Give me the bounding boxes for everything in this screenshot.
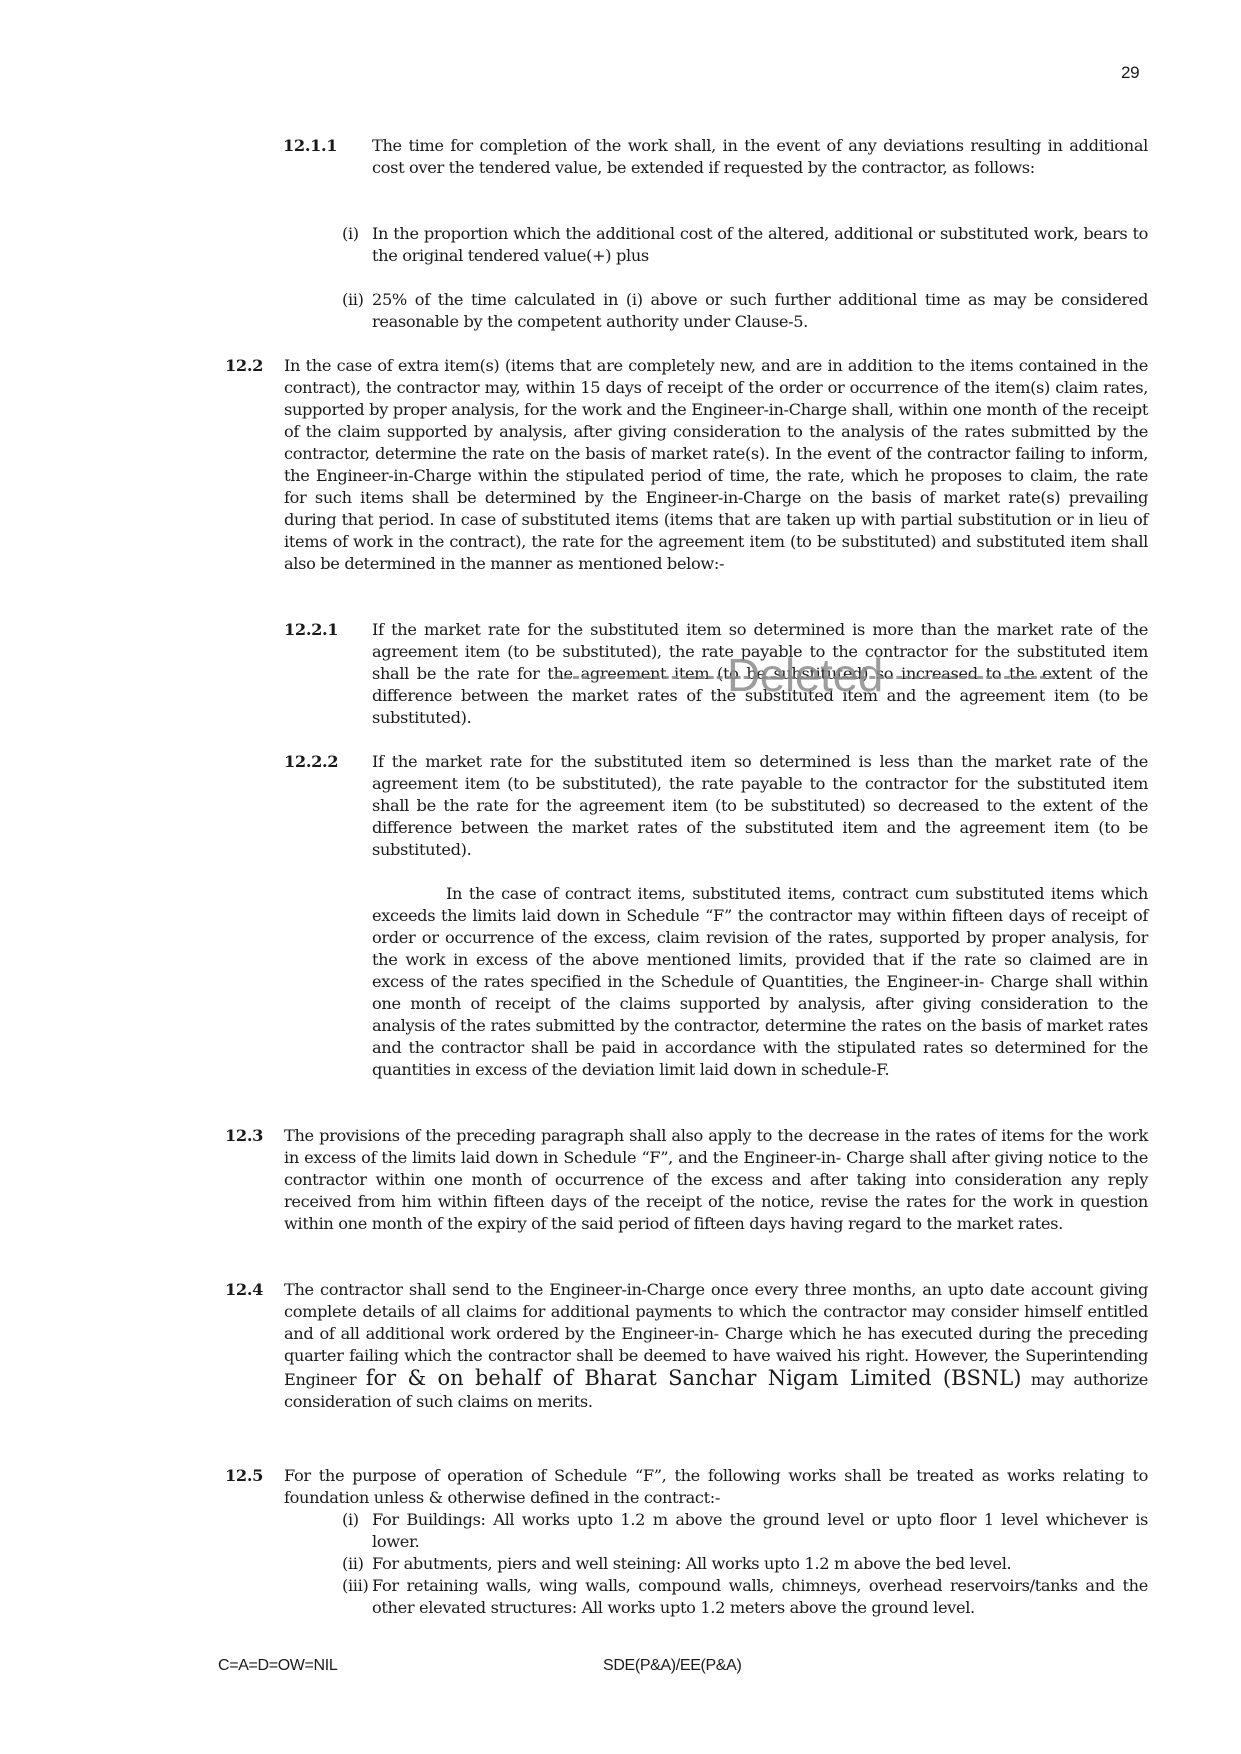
item-label: (iii) — [342, 1575, 368, 1597]
clause-text: The contractor shall send to the Enginee… — [284, 1279, 1148, 1413]
item-text: In the proportion which the additional c… — [372, 223, 1148, 267]
item-text: For retaining walls, wing walls, compoun… — [372, 1575, 1148, 1619]
item-text: For abutments, piers and well steining: … — [372, 1553, 1148, 1575]
watermark-strike-line — [555, 676, 1055, 683]
clause-text: The time for completion of the work shal… — [372, 135, 1148, 179]
clause-text: In the case of extra item(s) (items that… — [284, 355, 1148, 575]
clause-number: 12.2.2 — [284, 751, 338, 773]
item-label: (i) — [342, 1509, 359, 1531]
clause-number: 12.4 — [225, 1279, 263, 1301]
clause-text: The provisions of the preceding paragrap… — [284, 1125, 1148, 1235]
clause-number: 12.2.1 — [284, 619, 338, 641]
footer-center: SDE(P&A)/EE(P&A) — [603, 1655, 741, 1677]
bsnl-emphasis: for & on behalf of Bharat Sanchar Nigam … — [366, 1366, 1022, 1390]
item-label: (i) — [342, 223, 359, 245]
document-page: 29 12.1.1 The time for completion of the… — [0, 0, 1241, 1754]
item-text: 25% of the time calculated in (i) above … — [372, 289, 1148, 333]
clause-text: If the market rate for the substituted i… — [372, 619, 1148, 729]
clause-number: 12.5 — [225, 1465, 263, 1487]
item-text: For Buildings: All works upto 1.2 m abov… — [372, 1509, 1148, 1553]
clause-text: For the purpose of operation of Schedule… — [284, 1465, 1148, 1509]
clause-number: 12.3 — [225, 1125, 263, 1147]
clause-number: 12.1.1 — [283, 135, 337, 157]
item-label: (ii) — [342, 1553, 364, 1575]
page-number: 29 — [1121, 62, 1139, 84]
clause-number: 12.2 — [225, 355, 263, 377]
footer-left: C=A=D=OW=NIL — [218, 1655, 337, 1677]
clause-paragraph: In the case of contract items, substitut… — [372, 883, 1148, 1081]
clause-text: If the market rate for the substituted i… — [372, 751, 1148, 861]
item-label: (ii) — [342, 289, 364, 311]
